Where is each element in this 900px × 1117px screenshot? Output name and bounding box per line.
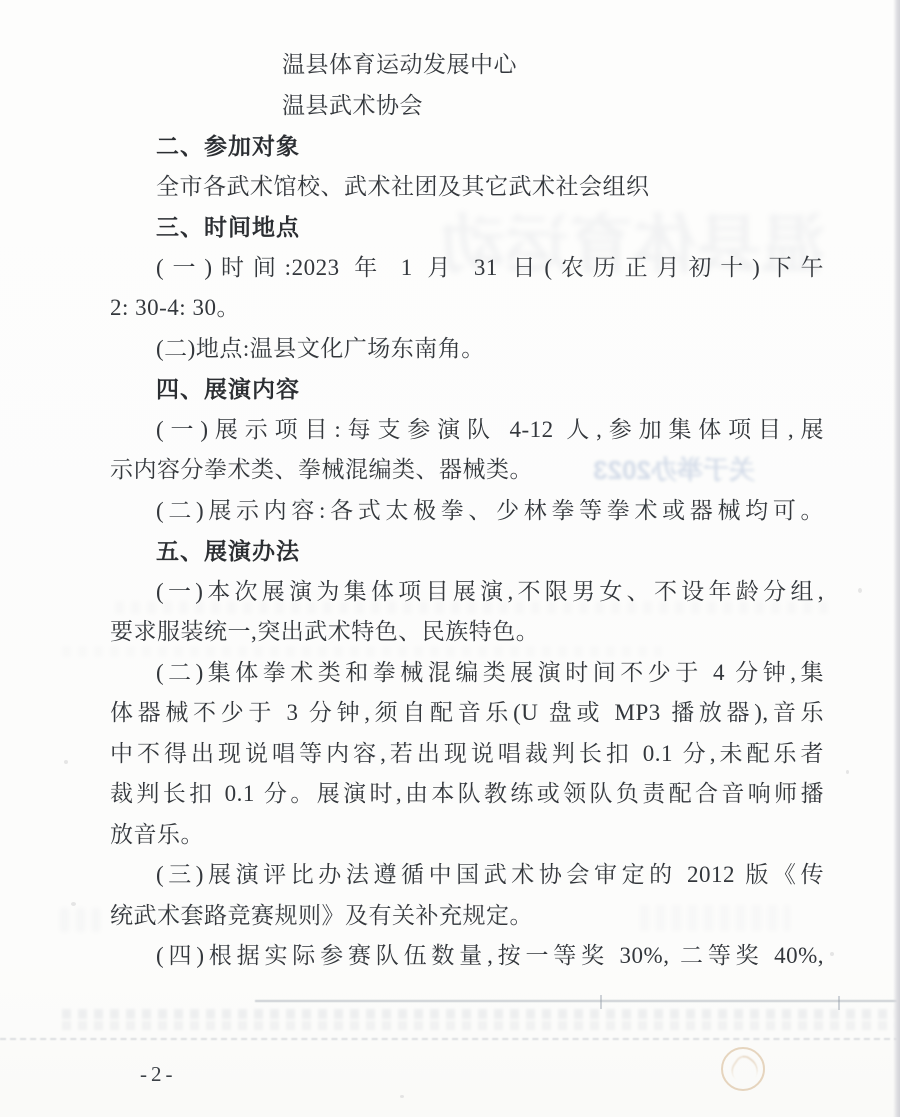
doc-line: 示内容分拳术类、拳械混编类、器械类。 xyxy=(110,450,824,491)
doc-line: 放音乐。 xyxy=(110,815,824,856)
doc-line: 裁判长扣 0.1 分。展演时,由本队教练或领队负责配合音响师播 xyxy=(110,774,824,815)
scan-speck xyxy=(64,760,68,764)
doc-line: 要求服装统一,突出武术特色、民族特色。 xyxy=(110,612,824,653)
doc-line: 统武术套路竞赛规则》及有关补充规定。 xyxy=(110,896,824,937)
section-heading-time-place: 三、时间地点 xyxy=(110,207,824,248)
bleedthrough-rule-line xyxy=(255,1000,900,1002)
doc-line: 全市各武术馆校、武术社团及其它武术社会组织 xyxy=(110,167,824,208)
bleedthrough-text-band xyxy=(62,1009,895,1019)
scan-speck xyxy=(858,588,862,593)
scan-speck xyxy=(71,902,76,906)
bleedthrough-text-band xyxy=(62,1021,895,1030)
doc-line: (一)本次展演为集体项目展演,不限男女、不设年龄分组, xyxy=(110,572,824,613)
organization-line: 温县体育运动发展中心 xyxy=(110,45,824,86)
bleedthrough-smudge xyxy=(60,908,100,932)
doc-line: (三)展演评比办法遵循中国武术协会审定的 2012 版《传 xyxy=(110,855,824,896)
doc-line: (二)地点:温县文化广场东南角。 xyxy=(110,329,824,370)
section-heading-participants: 二、参加对象 xyxy=(110,126,824,167)
scan-speck xyxy=(400,1095,404,1098)
scan-speck xyxy=(830,952,834,956)
faint-seal-stamp xyxy=(721,1047,765,1091)
doc-line: 2: 30-4: 30。 xyxy=(110,288,824,329)
doc-line: 体器械不少于 3 分钟,须自配音乐(U 盘或 MP3 播放器),音乐 xyxy=(110,693,824,734)
bleedthrough-tick xyxy=(600,995,602,1009)
page-number: -2- xyxy=(140,1062,177,1087)
section-heading-exhibition-method: 五、展演办法 xyxy=(110,531,824,572)
bleedthrough-dashed-line xyxy=(0,1038,900,1040)
doc-line: (二)集体拳术类和拳械混编类展演时间不少于 4 分钟,集 xyxy=(110,653,824,694)
organization-line: 温县武术协会 xyxy=(110,86,824,127)
section-heading-exhibition-content: 四、展演内容 xyxy=(110,369,824,410)
doc-line: (四)根据实际参赛队伍数量,按一等奖 30%, 二等奖 40%, xyxy=(110,936,824,977)
bleedthrough-tick xyxy=(838,996,840,1010)
scan-edge-shadow xyxy=(893,0,900,1117)
document-body: 温县体育运动发展中心 温县武术协会 二、参加对象 全市各武术馆校、武术社团及其它… xyxy=(110,45,824,977)
scanned-document-page: 温县体育运动 关于举办2023 温县体育运动发展中心 温县武术协会 二、参加对象… xyxy=(0,0,900,1117)
scan-speck xyxy=(846,770,849,774)
doc-line: (一)时间:2023 年 1 月 31 日(农历正月初十)下午 xyxy=(110,248,824,289)
doc-line: (二)展示内容:各式太极拳、少林拳等拳术或器械均可。 xyxy=(110,491,824,532)
doc-line: 中不得出现说唱等内容,若出现说唱裁判长扣 0.1 分,未配乐者 xyxy=(110,734,824,775)
doc-line: (一)展示项目:每支参演队 4-12 人,参加集体项目,展 xyxy=(110,410,824,451)
